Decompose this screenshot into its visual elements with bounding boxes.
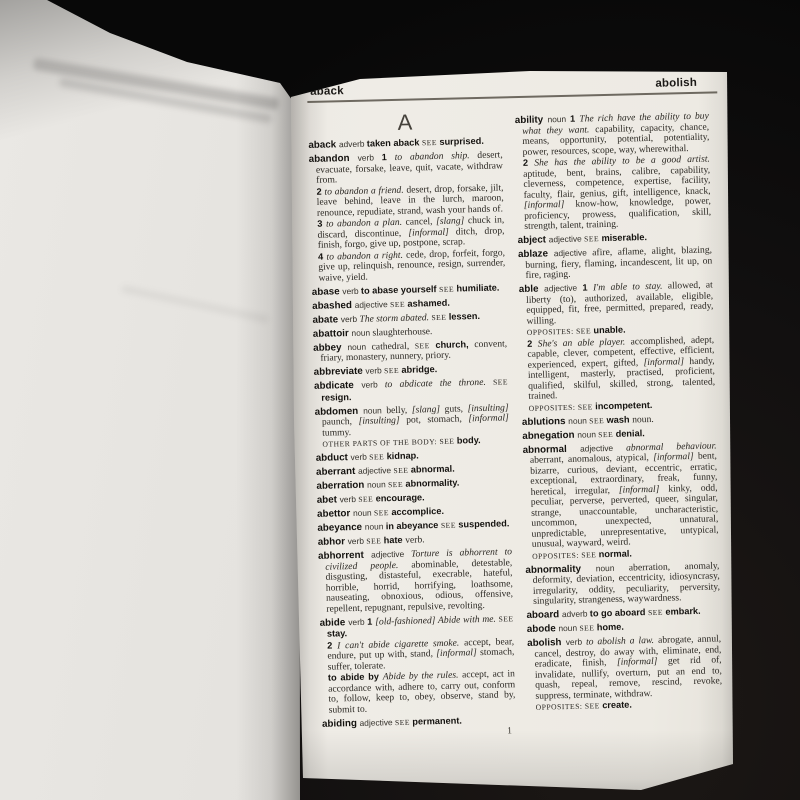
entry-text-segment: verb <box>358 152 382 163</box>
entry-text-segment: noun <box>577 429 598 439</box>
page-number: 1 <box>507 726 512 736</box>
entry-text-segment: The storm abated. <box>359 312 431 325</box>
entry-block: abode noun SEE home. <box>534 619 721 635</box>
dictionary-entry: abnegation noun SEE denial. <box>522 426 716 442</box>
entry-block: 2 She has the ability to be a good artis… <box>523 154 712 233</box>
dictionary-entry: abate verb The storm abated. SEE lessen. <box>312 310 506 326</box>
entry-block: abattoir noun slaughterhouse. <box>320 324 507 340</box>
dictionary-entry: ablutions noun SEE wash noun. <box>522 412 716 428</box>
entry-text-segment: SEE <box>393 466 411 475</box>
dictionary-entry: abeyance noun in abeyance SEE suspended. <box>317 518 511 534</box>
entry-text-segment: SEE <box>388 480 406 489</box>
entry-block: abandon verb 1 to abandon ship. desert, … <box>316 149 504 186</box>
entry-text-segment: verb <box>342 285 361 295</box>
entry-headword: abduct <box>316 452 351 464</box>
entry-headword: aboard <box>526 609 562 621</box>
dictionary-entry: abject adjective SEE miserable. <box>518 231 712 247</box>
entry-headword: abate <box>312 314 341 326</box>
entry-block: abbey noun cathedral, SEE church, conven… <box>320 338 507 364</box>
entry-text-segment: SEE <box>369 452 387 461</box>
entry-text-segment: [informal] <box>436 647 480 659</box>
entry-block: ablaze adjective afire, aflame, alight, … <box>525 245 713 282</box>
page-content: aback abolish A aback adverb taken aback… <box>307 76 733 785</box>
entry-text-segment: verb <box>348 536 367 546</box>
entry-text-segment: noun <box>558 623 579 633</box>
entry-block: abet verb SEE encourage. <box>324 490 511 506</box>
dictionary-entry: abide verb 1 [old-fashioned] Abide with … <box>320 613 516 716</box>
entry-text-segment: SEE <box>358 494 376 503</box>
entry-text-segment: OTHER PARTS OF THE BODY: SEE <box>322 437 457 449</box>
entry-text-segment: SEE <box>439 284 457 293</box>
entry-text-segment: tummy. <box>322 427 351 439</box>
entry-headword: abdicate <box>314 380 362 392</box>
entry-text-segment: stay. <box>327 628 347 638</box>
entry-headword: abode <box>527 623 559 635</box>
entry-text-segment: to abase yourself <box>361 283 439 295</box>
dictionary-entry: aboard adverb to go aboard SEE embark. <box>526 605 720 621</box>
entry-text-segment: home. <box>597 622 624 633</box>
entry-text-segment: noun <box>596 562 629 573</box>
entry-text-segment: normal. <box>599 548 632 559</box>
entry-text-segment: to go aboard <box>590 607 648 618</box>
entry-text-segment: verb <box>340 494 359 504</box>
entry-block: abnegation noun SEE denial. <box>529 426 716 442</box>
entry-text-segment: 1 <box>367 616 375 626</box>
entry-text-segment: hate <box>384 535 406 546</box>
entry-text-segment: adjective <box>544 283 583 294</box>
entry-block: abettor noun SEE accomplice. <box>324 504 511 520</box>
entry-headword: aberration <box>316 480 367 492</box>
entry-block: abnormality noun aberration, anomaly, de… <box>532 560 720 607</box>
dictionary-entry: abet verb SEE encourage. <box>317 490 511 506</box>
entry-block: 2 She's an able player. accomplished, ad… <box>527 334 715 402</box>
dictionary-entry: aback adverb taken aback SEE surprised. <box>308 135 502 151</box>
entry-block: abeyance noun in abeyance SEE suspended. <box>324 518 511 534</box>
entry-headword: abettor <box>317 508 353 520</box>
entry-text-segment: SEE <box>366 536 384 545</box>
entry-headword: abiding <box>322 717 360 729</box>
dictionary-entry: abhor verb SEE hate verb. <box>318 532 512 548</box>
entry-text-segment: denial. <box>616 428 645 439</box>
section-letter: A <box>308 115 502 130</box>
entry-text-segment: body. <box>457 435 481 446</box>
entry-block: abate verb The storm abated. SEE lessen. <box>319 310 506 326</box>
entry-headword: aback <box>308 139 339 151</box>
dictionary-entry: abbreviate verb SEE abridge. <box>314 362 508 378</box>
entry-headword: abashed <box>312 299 355 311</box>
entry-text-segment: permanent. <box>412 715 462 726</box>
entry-text-segment: 2 <box>316 186 324 196</box>
entry-text-segment: miserable. <box>601 232 647 243</box>
dictionary-entry: abnormality noun aberration, anomaly, de… <box>525 560 720 608</box>
entry-headword: abide <box>320 617 349 629</box>
dictionary-entry: abashed adjective SEE ashamed. <box>312 296 506 312</box>
entry-block: abase verb to abase yourself SEE humilia… <box>319 282 506 298</box>
entry-text-segment: verb. <box>405 534 425 545</box>
entry-text-segment: OPPOSITES: SEE <box>529 402 596 413</box>
entry-headword: abet <box>317 494 340 506</box>
entry-text-segment: SEE <box>493 377 508 386</box>
dictionary-entry: abbey noun cathedral, SEE church, conven… <box>313 338 507 365</box>
dictionary-entry: abdomen noun belly, [slang] guts, [insul… <box>315 402 510 451</box>
dictionary-entry: abase verb to abase yourself SEE humilia… <box>312 282 506 298</box>
entry-headword: abeyance <box>317 522 365 534</box>
entry-headword: aberrant <box>316 466 358 478</box>
entry-headword: abnegation <box>522 429 577 441</box>
entry-text-segment: SEE <box>384 366 402 375</box>
entry-block: abiding adjective SEE permanent. <box>329 714 516 730</box>
entry-text-segment: adjective <box>549 234 585 245</box>
dictionary-entry: aberrant adjective SEE abnormal. <box>316 462 510 478</box>
entry-text-segment: kidnap. <box>387 450 419 461</box>
entry-text-segment: 2 <box>523 158 535 168</box>
entry-block: ability noun 1 The rich have the ability… <box>522 111 710 158</box>
column-left: A aback adverb taken aback SEE surprised… <box>308 113 516 730</box>
running-head-right: abolish <box>655 77 697 90</box>
entry-block: able adjective 1 I'm able to stay. allow… <box>526 279 714 326</box>
entry-text-segment: noun <box>353 508 374 518</box>
entry-text-segment: [informal] <box>468 412 509 424</box>
entry-text-segment: [insulting] <box>358 415 406 427</box>
entry-text-segment: adjective <box>358 465 394 476</box>
entry-text-segment: incompetent. <box>595 399 652 410</box>
entry-block: 2 to abandon a friend. desert, drop, for… <box>316 182 504 219</box>
entry-block: abdomen noun belly, [slang] guts, [insul… <box>322 402 510 439</box>
entry-text-segment: lessen. <box>449 310 480 321</box>
entry-text-segment: encourage. <box>376 492 425 503</box>
entry-text-segment: adverb <box>339 139 367 150</box>
entry-block: abolish verb to abolish a law. abrogate,… <box>534 633 722 701</box>
entry-text-segment: verb <box>566 637 586 647</box>
entry-text-segment: [old-fashioned] Abide with me. <box>375 613 499 627</box>
dictionary-entry: abduct verb SEE kidnap. <box>316 448 510 464</box>
entry-text-segment: noun <box>365 521 386 531</box>
entry-block: aback adverb taken aback SEE surprised. <box>315 135 502 151</box>
entry-text-segment: OPPOSITES: SEE <box>532 550 599 561</box>
entry-text-segment: resign. <box>321 392 351 403</box>
entry-headword: abase <box>312 286 343 298</box>
entry-text-segment: aptitude, bent, brains, calibre, capabil… <box>523 164 711 200</box>
entry-text-segment: adjective <box>359 717 395 728</box>
entry-text-segment: 2 <box>327 640 337 650</box>
entry-text-segment: unable. <box>593 325 625 336</box>
entry-block: abject adjective SEE miserable. <box>525 231 712 247</box>
dictionary-entry: abdicate verb to abdicate the throne. SE… <box>314 376 508 404</box>
entry-text-segment: SEE <box>415 341 436 350</box>
entry-text-segment: SEE <box>498 614 513 623</box>
entry-text-segment: verb <box>350 452 369 462</box>
entry-text-segment: SEE <box>374 508 392 517</box>
entry-text-segment: SEE <box>390 299 408 308</box>
entry-text-segment: to abide by <box>328 671 383 682</box>
entry-text-segment: noun <box>351 327 372 337</box>
entry-text-segment: verb <box>341 313 360 323</box>
entry-text-segment: adverb <box>562 608 590 619</box>
entry-text-segment: adjective <box>371 549 411 560</box>
dictionary-entry: abhorrent adjective Torture is abhorrent… <box>318 546 513 615</box>
entry-block: abashed adjective SEE ashamed. <box>319 296 506 312</box>
entry-text-segment: verb <box>361 379 385 390</box>
entry-text-segment: OPPOSITES: SEE <box>527 326 594 337</box>
dictionary-entry: abode noun SEE home. <box>527 619 721 635</box>
entry-text-segment: SEE <box>589 416 607 425</box>
gutter-shadow <box>236 0 300 800</box>
entry-text-segment: SEE <box>584 234 602 243</box>
entry-headword: abhor <box>318 536 348 548</box>
entry-text-segment: church, <box>435 339 474 350</box>
entry-text-segment: OPPOSITES: SEE <box>536 701 603 712</box>
entry-text-segment: SEE <box>579 623 597 632</box>
entry-text-segment: wash <box>606 414 632 425</box>
entry-text-segment: verb <box>365 365 384 375</box>
entry-text-segment: SEE <box>441 521 459 530</box>
entry-block: abduct verb SEE kidnap. <box>323 448 510 464</box>
dictionary-entry: aberration noun SEE abnormality. <box>316 476 510 492</box>
entry-text-segment: SEE <box>395 717 413 726</box>
entry-text-segment: adjective <box>580 442 626 453</box>
entry-text-segment: noun <box>363 405 386 416</box>
entry-text-segment: accomplice. <box>391 506 444 517</box>
dictionary-entry: abiding adjective SEE permanent. <box>322 714 516 730</box>
entry-block: aberrant adjective SEE abnormal. <box>323 462 510 478</box>
entry-text-segment: taken aback <box>367 137 422 148</box>
entry-text-segment: embark. <box>665 606 700 617</box>
entry-text-segment: abnormality. <box>405 478 459 489</box>
entry-text-segment: SEE <box>431 312 449 321</box>
dictionary-entry: ability noun 1 The rich have the ability… <box>515 111 712 233</box>
entry-block: abnormal adjective abnormal behaviour. a… <box>530 440 719 550</box>
dictionary-entry: abandon verb 1 to abandon ship. desert, … <box>309 149 506 284</box>
entry-text-segment: noun <box>568 415 589 425</box>
entry-text-segment: 2 <box>527 338 538 348</box>
entry-text-segment: noun <box>347 341 371 352</box>
dictionary-entry: ablaze adjective afire, aflame, alight, … <box>518 245 713 282</box>
entry-block: 4 to abandon a right. cede, drop, forfei… <box>318 247 506 284</box>
dictionary-entry: abnormal adjective abnormal behaviour. a… <box>523 440 720 562</box>
entry-text-segment: to abdicate the throne. <box>385 377 493 391</box>
entry-text-segment: humiliate. <box>456 282 499 293</box>
entry-text-segment: 3 <box>317 219 326 229</box>
entry-text-segment: adjective <box>355 299 391 310</box>
entry-text-segment: noun. <box>632 413 654 425</box>
entry-headword: ablutions <box>522 415 569 427</box>
dictionary-entry: abettor noun SEE accomplice. <box>317 504 511 520</box>
entry-block: 3 to abandon a plan. cancel, [slang] chu… <box>317 214 505 251</box>
entry-headword: abject <box>518 234 549 246</box>
entry-block: to abide by Abide by the rules. accept, … <box>328 668 516 715</box>
entry-block: 2 I can't abide cigarette smoke. accept,… <box>327 636 515 673</box>
dictionary-entry: abattoir noun slaughterhouse. <box>313 324 507 340</box>
entry-text-segment: pot, stomach, <box>406 413 468 425</box>
entry-text-segment: SEE <box>422 138 440 147</box>
entry-text-segment: noun <box>367 479 388 489</box>
entry-block: aboard adverb to go aboard SEE embark. <box>533 605 720 621</box>
entry-headword: abbreviate <box>314 366 366 378</box>
entry-block: abhorrent adjective Torture is abhorrent… <box>325 546 513 614</box>
entry-block: abbreviate verb SEE abridge. <box>321 362 508 378</box>
entry-block: aberration noun SEE abnormality. <box>323 476 510 492</box>
entry-text-segment: slaughterhouse. <box>372 326 432 338</box>
entry-text-segment: ashamed. <box>407 297 450 308</box>
entry-text-segment: in abeyance <box>386 520 441 531</box>
text-columns: A aback adverb taken aback SEE surprised… <box>308 108 732 730</box>
entry-text-segment: abridge. <box>401 364 437 375</box>
entry-text-segment: noun <box>547 114 570 125</box>
dictionary-entry: able adjective 1 I'm able to stay. allow… <box>519 279 716 414</box>
column-right: ability noun 1 The rich have the ability… <box>515 108 723 725</box>
entry-text-segment: adjective <box>554 247 593 258</box>
entry-text-segment: SEE <box>648 608 666 617</box>
entry-text-segment: 1 <box>382 152 395 162</box>
entry-block: ablutions noun SEE wash noun. <box>529 412 716 428</box>
entry-text-segment: verb <box>348 616 367 626</box>
dictionary-entry: abolish verb to abolish a law. abrogate,… <box>527 633 723 713</box>
entry-text-segment: SEE <box>598 429 616 438</box>
entry-headword: abattoir <box>313 328 352 340</box>
running-head: aback abolish <box>307 76 717 98</box>
entry-text-segment: suspended. <box>458 518 509 529</box>
entry-text-segment: 1 <box>582 282 593 292</box>
entry-text-segment: surprised. <box>439 136 484 147</box>
entry-text-segment: create. <box>602 700 632 711</box>
entry-block: abhor verb SEE hate verb. <box>325 532 512 548</box>
entry-block: abdicate verb to abdicate the throne. SE… <box>321 376 508 403</box>
entry-text-segment: abnormal. <box>411 464 455 475</box>
